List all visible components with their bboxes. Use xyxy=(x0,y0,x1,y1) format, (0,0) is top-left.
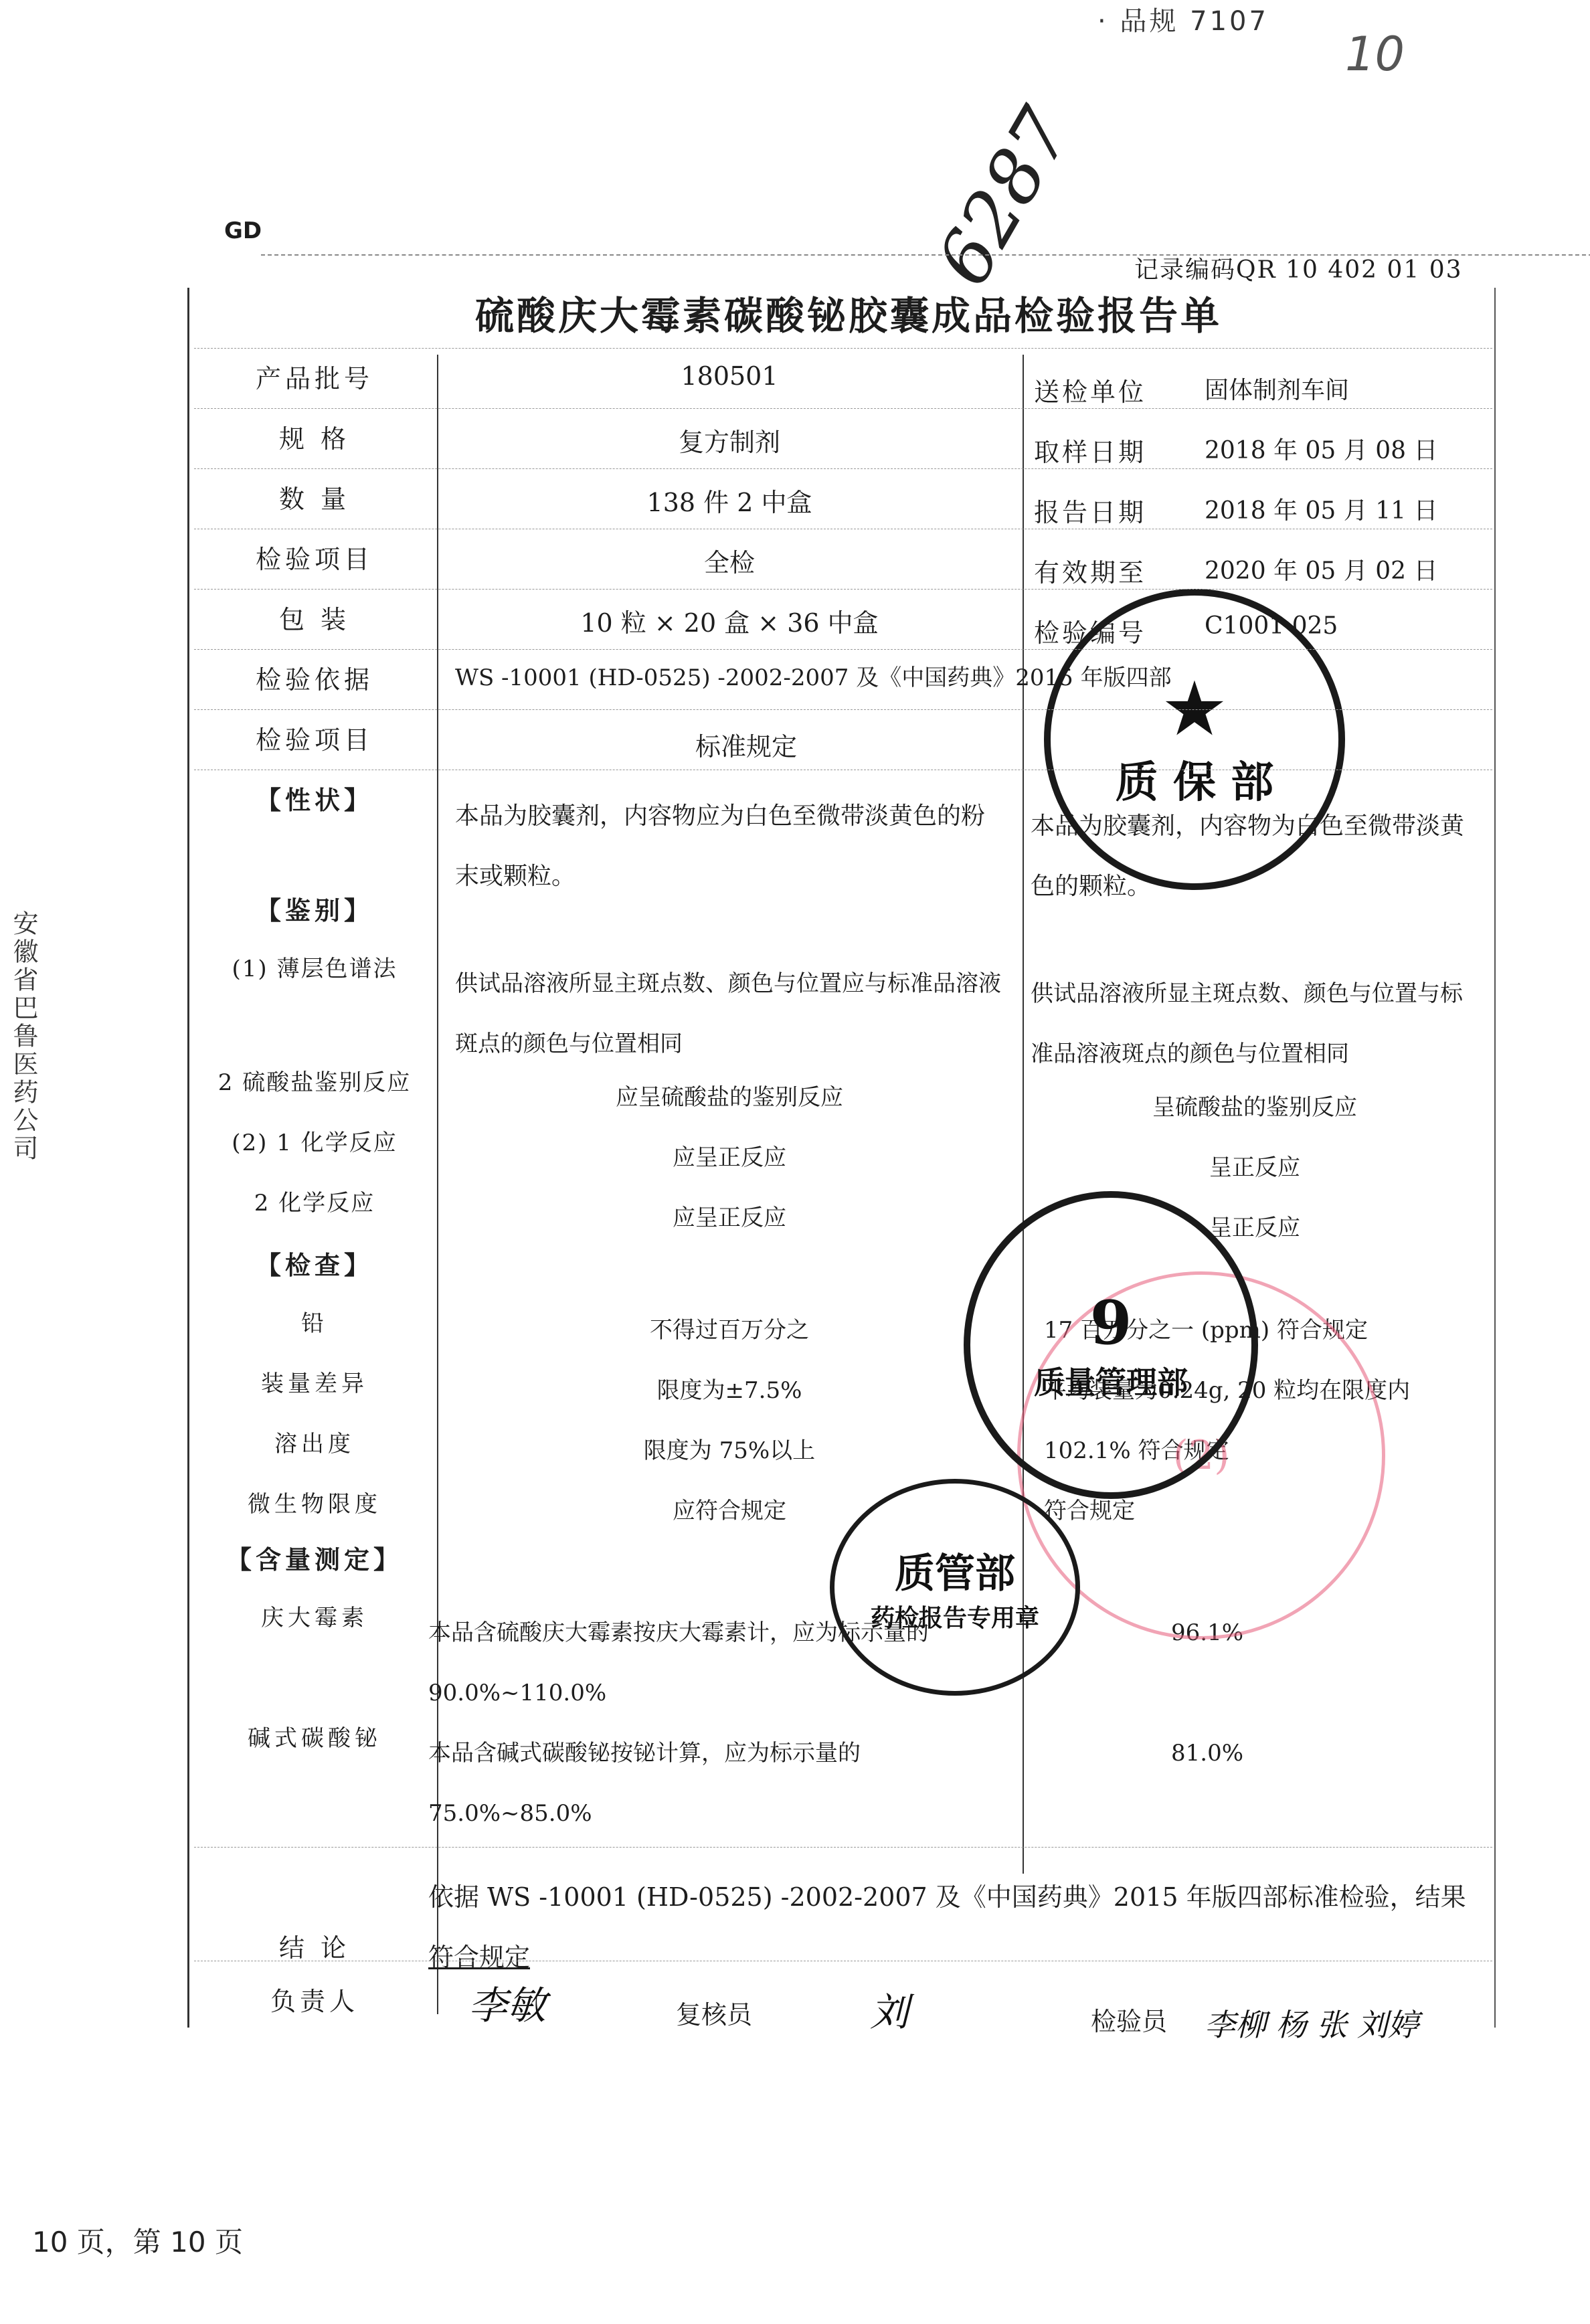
identification-standard: 应呈硫酸盐的鉴别反应 xyxy=(455,1067,1004,1128)
inspection-item: 铅 xyxy=(214,1305,415,1338)
row-divider xyxy=(194,348,1492,349)
identification-result: 呈硫酸盐的鉴别反应 xyxy=(1031,1077,1479,1138)
conclusion-label: 结 论 xyxy=(214,1927,415,1964)
assay-item: 庆大霉素 xyxy=(214,1599,415,1632)
info-label: 产品批号 xyxy=(214,358,415,395)
appearance-standard: 本品为胶囊剂，内容物应为白色至微带淡黄色的粉末或颗粒。 xyxy=(455,786,1004,907)
page-footer: 10 页，第 10 页 xyxy=(32,2220,243,2260)
inspection-standard: 限度为 75%以上 xyxy=(455,1432,1004,1465)
info-label: 送检单位 xyxy=(1034,371,1146,408)
identification-item: (1) 薄层色谱法 xyxy=(214,950,415,983)
reviewer-label: 复核员 xyxy=(676,1994,752,2031)
qc-department-stamp: 9 质量管理部 xyxy=(964,1191,1258,1499)
standard-header: 标准规定 xyxy=(455,726,1037,763)
row-divider xyxy=(194,589,1492,590)
info-value: 全检 xyxy=(455,542,1004,579)
basis-label: 检验依据 xyxy=(214,659,415,696)
gd-label: GD xyxy=(224,217,262,244)
star-icon: ★ xyxy=(1164,669,1225,748)
row-divider xyxy=(194,408,1492,409)
assay-standard: 本品含碱式碳酸铋按铋计算，应为标示量的 75.0%~85.0% xyxy=(428,1723,984,1844)
inspection-item: 装量差异 xyxy=(214,1365,415,1398)
info-value: 138 件 2 中盒 xyxy=(455,482,1004,519)
assay-title: 【含量测定】 xyxy=(214,1539,415,1576)
appearance-title: 【性状】 xyxy=(214,780,415,816)
info-label: 规 格 xyxy=(214,418,415,455)
identification-result: 供试品溶液所显主斑点数、颜色与位置与标准品溶液斑点的颜色与位置相同 xyxy=(1031,964,1479,1084)
info-label: 报告日期 xyxy=(1034,492,1146,529)
inspection-item: 微生物限度 xyxy=(214,1486,415,1518)
info-label: 数 量 xyxy=(214,478,415,515)
identification-standard: 应呈正反应 xyxy=(455,1188,1004,1248)
qm-stamp-center: 质管部 xyxy=(895,1542,1015,1599)
reviewer-signature: 刘 xyxy=(870,1981,909,2037)
identification-item: (2) 1 化学反应 xyxy=(214,1124,415,1157)
row-divider xyxy=(194,529,1492,529)
inspection-standard: 限度为±7.5% xyxy=(455,1372,1004,1405)
qm-stamp-bottom: 药检报告专用章 xyxy=(871,1599,1039,1633)
row-divider xyxy=(194,770,1492,770)
qc-stamp-center: 质量管理部 xyxy=(1034,1358,1188,1403)
info-value: 2018 年 05 月 11 日 xyxy=(1205,492,1437,526)
item-header-label: 检验项目 xyxy=(214,719,415,756)
info-label: 有效期至 xyxy=(1034,552,1146,589)
row-divider xyxy=(194,649,1492,650)
inspection-title: 【检查】 xyxy=(214,1245,415,1281)
info-label: 包 装 xyxy=(214,599,415,636)
assay-result: 81.0% xyxy=(1171,1740,1243,1767)
info-value: 固体制剂车间 xyxy=(1205,371,1349,406)
handwritten-ref-number: 6287 xyxy=(920,94,1088,299)
identification-item: 2 硫酸盐鉴别反应 xyxy=(214,1064,415,1097)
inspection-standard: 不得过百万分之 xyxy=(455,1312,1004,1344)
info-value: 180501 xyxy=(455,361,1004,391)
conclusion-text: 依据 WS -10001 (HD-0525) -2002-2007 及《中国药典… xyxy=(428,1867,1472,1987)
assay-item: 碱式碳酸铋 xyxy=(214,1720,415,1753)
top-header-fragment: · 品规 7107 xyxy=(1097,0,1269,38)
conclusion-body: 依据 WS -10001 (HD-0525) -2002-2007 及《中国药典… xyxy=(428,1882,1466,1912)
side-company-text: 安徽省巴鲁医药公司 xyxy=(5,910,42,1163)
identification-item: 2 化学反应 xyxy=(214,1184,415,1217)
identification-title: 【鉴别】 xyxy=(214,890,415,927)
qa-department-stamp: ★ 质 保 部 xyxy=(1044,589,1345,890)
conclusion-result: 符合规定 xyxy=(428,1943,530,1972)
inspector-label: 检验员 xyxy=(1091,2001,1167,2038)
row-divider xyxy=(194,1961,1492,1961)
identification-standard: 应呈正反应 xyxy=(455,1128,1004,1188)
qm-department-stamp: 质管部 药检报告专用章 xyxy=(830,1479,1080,1696)
info-label: 取样日期 xyxy=(1034,432,1146,468)
row-divider xyxy=(194,1847,1492,1848)
handwritten-page-number: 10 xyxy=(1345,27,1405,82)
info-value: 10 粒 × 20 盒 × 36 中盒 xyxy=(455,602,1004,639)
info-value: 2020 年 05 月 02 日 xyxy=(1205,552,1437,586)
row-divider xyxy=(194,468,1492,469)
identification-result: 呈正反应 xyxy=(1031,1138,1479,1198)
row-divider xyxy=(194,709,1492,710)
record-code: 记录编码QR 10 402 01 03 xyxy=(1134,251,1463,285)
head-signature: 李敏 xyxy=(468,1974,546,2030)
inspector-signature: 李柳 杨 张 刘婷 xyxy=(1205,2001,1419,2045)
inspection-item: 溶出度 xyxy=(214,1425,415,1458)
qa-stamp-center: 质 保 部 xyxy=(1116,748,1274,810)
info-value: 复方制剂 xyxy=(455,422,1004,458)
head-label: 负责人 xyxy=(214,1981,415,2018)
qc-stamp-mark: 9 xyxy=(1090,1287,1132,1358)
info-label: 检验项目 xyxy=(214,539,415,575)
info-value: 2018 年 05 月 08 日 xyxy=(1205,432,1437,466)
identification-standard: 供试品溶液所显主斑点数、颜色与位置应与标准品溶液斑点的颜色与位置相同 xyxy=(455,954,1004,1074)
